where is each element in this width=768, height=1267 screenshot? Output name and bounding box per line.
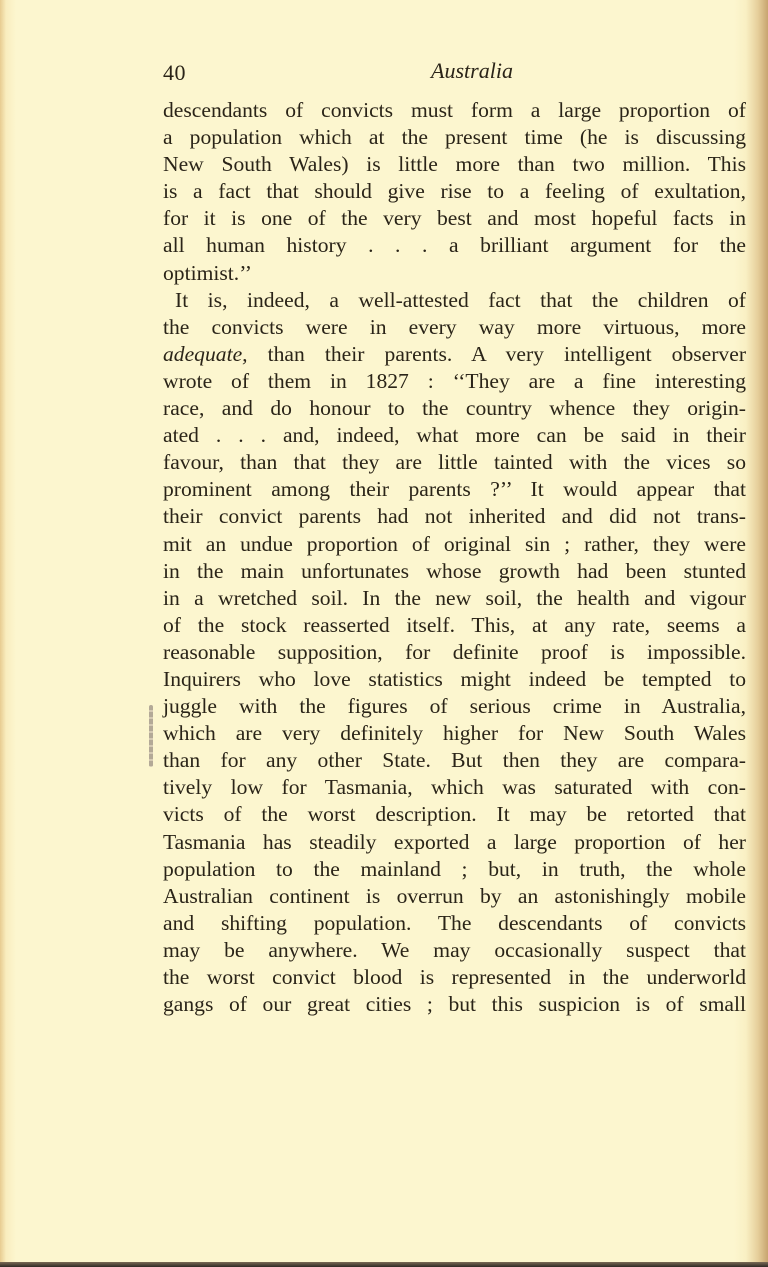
italic-emphasis: adequate, — [163, 342, 248, 366]
text-line: mit an undue proportion of original sin … — [163, 531, 746, 558]
paragraph-end-line: optimist.’’ — [163, 260, 746, 287]
text-line: population to the mainland ; but, in tru… — [163, 856, 746, 883]
text-line: all human history . . . a brilliant argu… — [163, 232, 746, 259]
text-line: victs of the worst description. It may b… — [163, 801, 746, 828]
text-line: in a wretched soil. In the new soil, the… — [163, 585, 746, 612]
text-line: favour, than that they are little tainte… — [163, 449, 746, 476]
body-text: descendants of convicts must form a larg… — [163, 97, 746, 1018]
text-line: may be anywhere. We may occasionally sus… — [163, 937, 746, 964]
text-line: in the main unfortunates whose growth ha… — [163, 558, 746, 585]
text-line: than for any other State. But then they … — [163, 747, 746, 774]
text-line: prominent among their parents ?’’ It wou… — [163, 476, 746, 503]
text-line: Inquirers who love statistics might inde… — [163, 666, 746, 693]
text-line: tively low for Tasmania, which was satur… — [163, 774, 746, 801]
page-bottom-edge — [0, 1262, 768, 1267]
text-line: Australian continent is overrun by an as… — [163, 883, 746, 910]
text-line: for it is one of the very best and most … — [163, 205, 746, 232]
text-line: which are very definitely higher for New… — [163, 720, 746, 747]
book-page: 40 Australia descendants of convicts mus… — [0, 0, 768, 1267]
margin-pencil-mark — [149, 705, 153, 767]
page-header: 40 Australia — [163, 58, 745, 88]
text-line: ated . . . and, indeed, what more can be… — [163, 422, 746, 449]
text-line: a population which at the present time (… — [163, 124, 746, 151]
text-line: the worst convict blood is represented i… — [163, 964, 746, 991]
text-line-rest: than their parents. A very intelligent o… — [268, 342, 746, 366]
text-line: descendants of convicts must form a larg… — [163, 97, 746, 124]
text-line-with-emphasis: adequate, than their parents. A very int… — [163, 341, 746, 368]
text-line: reasonable supposition, for definite pro… — [163, 639, 746, 666]
text-line: of the stock reasserted itself. This, at… — [163, 612, 746, 639]
text-line: juggle with the figures of serious crime… — [163, 693, 746, 720]
text-line: the convicts were in every way more virt… — [163, 314, 746, 341]
text-line: New South Wales) is little more than two… — [163, 151, 746, 178]
text-line: race, and do honour to the country whenc… — [163, 395, 746, 422]
running-title: Australia — [163, 58, 745, 84]
text-line: wrote of them in 1827 : ‘‘They are a fin… — [163, 368, 746, 395]
text-line: Tasmania has steadily exported a large p… — [163, 829, 746, 856]
text-line: their convict parents had not inherited … — [163, 503, 746, 530]
paragraph-start-line: It is, indeed, a well-attested fact that… — [163, 287, 746, 314]
text-line: is a fact that should give rise to a fee… — [163, 178, 746, 205]
text-line: gangs of our great cities ; but this sus… — [163, 991, 746, 1018]
text-line: and shifting population. The descendants… — [163, 910, 746, 937]
